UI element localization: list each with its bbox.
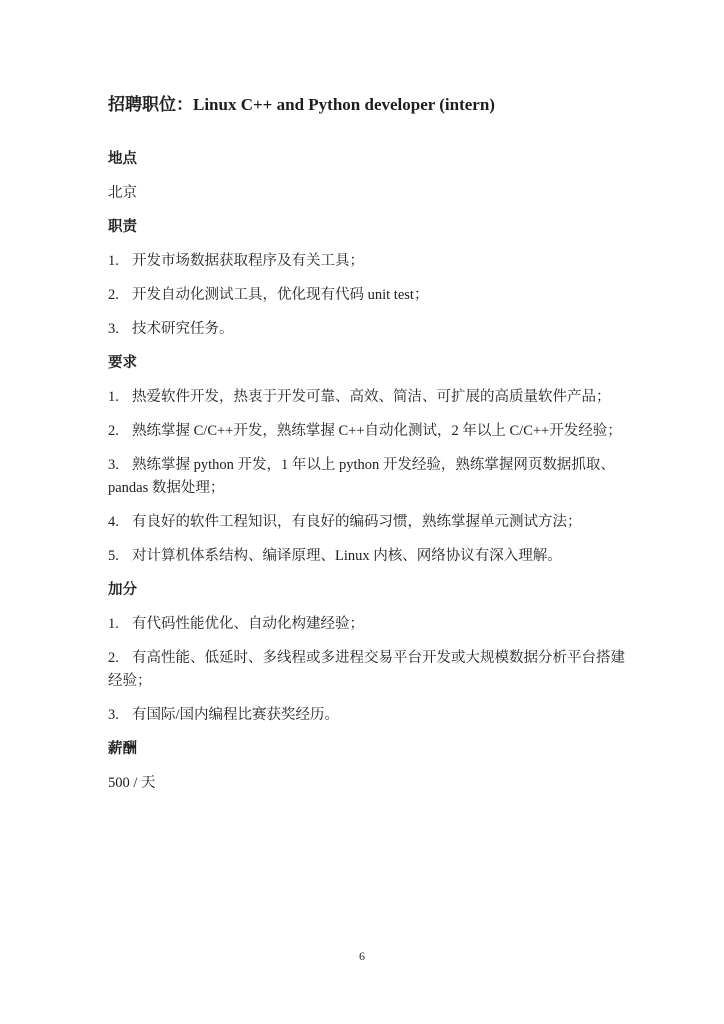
paragraph-salary: 500 / 天 <box>108 772 628 795</box>
list-item-number: 4. <box>108 511 132 534</box>
list-item-number: 1. <box>108 250 132 273</box>
list-item-text: 有高性能、低延时、多线程或多进程交易平台开发或大规模数据分析平台搭建 经验； <box>108 650 625 689</box>
list-item: 4.有良好的软件工程知识，有良好的编码习惯，熟练掌握单元测试方法； <box>108 511 628 534</box>
list-item-number: 3. <box>108 704 132 727</box>
list-item-number: 2. <box>108 284 132 307</box>
list-item-number: 1. <box>108 613 132 636</box>
list-item-text: 有国际/国内编程比赛获奖经历。 <box>132 707 339 723</box>
list-item-text: 熟练掌握 C/C++开发，熟练掌握 C++自动化测试，2 年以上 C/C++开发… <box>132 423 622 439</box>
list-item: 5.对计算机体系结构、编译原理、Linux 内核、网络协议有深入理解。 <box>108 545 628 568</box>
list-item-text: 有代码性能优化、自动化构建经验； <box>132 616 364 632</box>
section-heading-salary: 薪酬 <box>108 738 628 761</box>
section-heading-duties: 职责 <box>108 216 628 239</box>
list-item: 2.开发自动化测试工具，优化现有代码 unit test； <box>108 284 628 307</box>
list-item: 3.熟练掌握 python 开发，1 年以上 python 开发经验，熟练掌握网… <box>108 454 628 500</box>
paragraph-location: 北京 <box>108 182 628 205</box>
list-item: 3.有国际/国内编程比赛获奖经历。 <box>108 704 628 727</box>
list-item-number: 3. <box>108 454 132 477</box>
list-item: 3.技术研究任务。 <box>108 318 628 341</box>
list-item-text: 开发市场数据获取程序及有关工具； <box>132 253 364 269</box>
list-item-text: 对计算机体系结构、编译原理、Linux 内核、网络协议有深入理解。 <box>132 548 562 564</box>
list-item: 1.热爱软件开发，热衷于开发可靠、高效、简洁、可扩展的高质量软件产品； <box>108 386 628 409</box>
list-item-text: 有良好的软件工程知识，有良好的编码习惯，熟练掌握单元测试方法； <box>132 514 582 530</box>
document-content: 招聘职位：Linux C++ and Python developer (int… <box>108 95 628 806</box>
list-item-number: 1. <box>108 386 132 409</box>
list-item-number: 3. <box>108 318 132 341</box>
list-item: 2.熟练掌握 C/C++开发，熟练掌握 C++自动化测试，2 年以上 C/C++… <box>108 420 628 443</box>
page-number: 6 <box>0 948 724 964</box>
list-item-number: 2. <box>108 647 132 670</box>
document-page: 招聘职位：Linux C++ and Python developer (int… <box>0 0 724 1024</box>
list-item-number: 5. <box>108 545 132 568</box>
page-title: 招聘职位：Linux C++ and Python developer (int… <box>108 95 628 115</box>
list-item-text: 熟练掌握 python 开发，1 年以上 python 开发经验，熟练掌握网页数… <box>108 457 615 496</box>
list-item: 1.开发市场数据获取程序及有关工具； <box>108 250 628 273</box>
section-heading-requirements: 要求 <box>108 352 628 375</box>
list-item-number: 2. <box>108 420 132 443</box>
section-heading-location: 地点 <box>108 148 628 171</box>
list-item: 1.有代码性能优化、自动化构建经验； <box>108 613 628 636</box>
list-item-text: 技术研究任务。 <box>132 321 234 337</box>
list-item-text: 开发自动化测试工具，优化现有代码 unit test； <box>132 287 428 303</box>
section-heading-bonus: 加分 <box>108 579 628 602</box>
list-item: 2.有高性能、低延时、多线程或多进程交易平台开发或大规模数据分析平台搭建 经验； <box>108 647 628 693</box>
list-item-text: 热爱软件开发，热衷于开发可靠、高效、简洁、可扩展的高质量软件产品； <box>132 389 611 405</box>
